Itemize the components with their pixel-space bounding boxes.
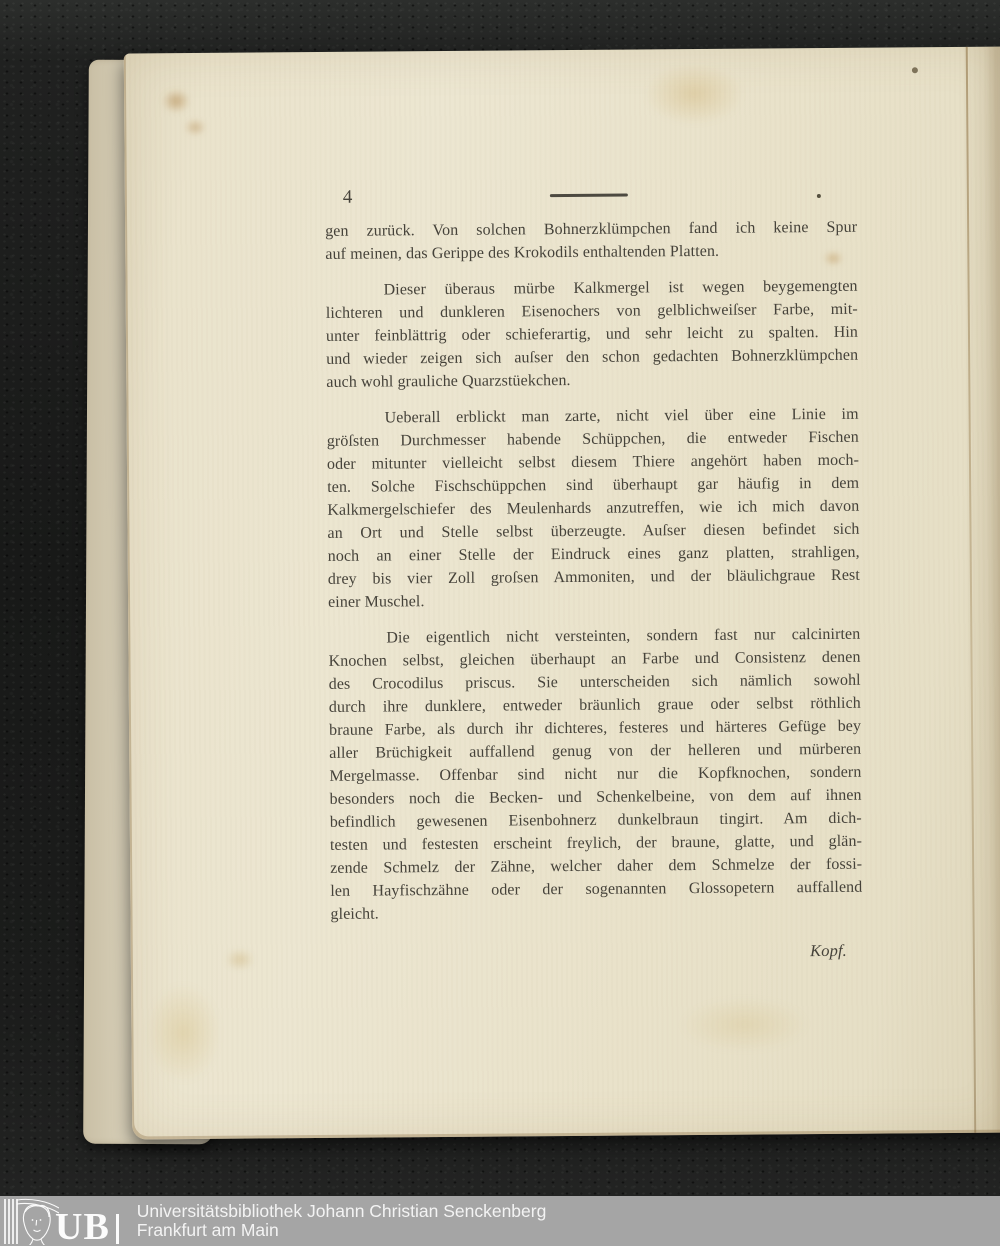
text-line: gen zurück. Von solchen Bohnerzklümpchen… <box>325 216 857 243</box>
text-line: braune Farbe, als durch ihr dichteres, f… <box>329 715 861 742</box>
text-line: befindlich gewesenen Eisenbohnerz dunkel… <box>330 807 862 834</box>
scanned-page: 4 gen zurück. Von solchen Bohnerzklümpch… <box>124 47 1000 1140</box>
text-line: Knochen selbst, gleichen überhaupt an Fa… <box>328 646 860 673</box>
foxing-stain <box>644 63 744 126</box>
paragraph: Die eigentlich nicht versteinten, sonder… <box>328 623 862 926</box>
foxing-stain <box>679 996 809 1053</box>
foxing-stain <box>145 983 222 1084</box>
institution-name: Universitätsbibliothek Johann Christian … <box>137 1202 547 1222</box>
ink-speck <box>817 194 821 198</box>
text-line: besonders noch die Becken- und Schenkelb… <box>330 784 862 811</box>
foxing-stain <box>225 948 255 970</box>
page-text-block: 4 gen zurück. Von solchen Bohnerzklümpch… <box>325 184 863 966</box>
text-line: ten. Solche Fischschüppchen sind überhau… <box>327 472 859 499</box>
text-line: Dieser überaus mürbe Kalkmergel ist wege… <box>326 275 858 302</box>
text-line: aller Brüchigkeit auffallend genug von d… <box>329 738 861 765</box>
goethe-portrait-icon <box>3 1197 59 1245</box>
scan-viewport: 4 gen zurück. Von solchen Bohnerzklümpch… <box>0 0 1000 1246</box>
gutter-crease <box>966 47 977 1133</box>
foxing-stain <box>184 119 206 136</box>
text-line: an Ort und Stelle selbst überzeugte. Auſ… <box>327 518 859 545</box>
foxing-stain <box>823 251 843 266</box>
footer-institution: Universitätsbibliothek Johann Christian … <box>137 1202 547 1241</box>
catchword: Kopf. <box>331 939 863 966</box>
page-number: 4 <box>343 186 353 209</box>
text-line: Kalkmergelschiefer des Meulenhards anzut… <box>327 495 859 522</box>
text-line: auf meinen, das Gerippe des Krokodils en… <box>325 239 857 266</box>
text-line: gröſsten Durchmesser habende Schüppchen,… <box>327 426 859 453</box>
text-line: oder mitunter vielleicht selbst diesem T… <box>327 449 859 476</box>
text-line: einer Muschel. <box>328 587 860 614</box>
text-line: und wieder zeigen sich auſser den schon … <box>326 344 858 371</box>
library-logo: UB <box>3 1197 119 1245</box>
paragraph: Dieser überaus mürbe Kalkmergel ist wege… <box>326 275 859 394</box>
section-rule <box>550 194 628 198</box>
text-line: des Crocodilus priscus. Sie unterscheide… <box>329 669 861 696</box>
text-line: Die eigentlich nicht versteinten, sonder… <box>328 623 860 650</box>
page-header: 4 <box>325 184 857 220</box>
logo-divider <box>116 1214 119 1244</box>
gutter-shadow <box>960 47 1000 1133</box>
text-line: durch ihre dunklere, entweder bräunlich … <box>329 692 861 719</box>
ink-dot <box>912 67 918 73</box>
paragraph: Ueberall erblickt man zarte, nicht viel … <box>327 403 861 614</box>
paragraph: gen zurück. Von solchen Bohnerzklümpchen… <box>325 216 857 266</box>
text-line: unter feinblättrig oder schieferartig, u… <box>326 321 858 348</box>
text-line: zende Schmelz der Zähne, welcher daher d… <box>330 853 862 880</box>
text-line: Mergelmasse. Offenbar sind nicht nur die… <box>329 761 861 788</box>
institution-city: Frankfurt am Main <box>137 1221 547 1241</box>
foxing-stain <box>162 89 190 113</box>
library-footer-bar: UB Universitätsbibliothek Johann Christi… <box>0 1196 1000 1246</box>
text-line: lichteren und dunkleren Eisenochers von … <box>326 298 858 325</box>
text-line: auch wohl grauliche Quarzstüekchen. <box>326 367 858 394</box>
text-line: testen und festesten erscheint freylich,… <box>330 830 862 857</box>
text-line: Ueberall erblickt man zarte, nicht viel … <box>327 403 859 430</box>
logo-ub-text: UB <box>55 1210 110 1245</box>
text-line: noch an einer Stelle der Eindruck eines … <box>328 541 860 568</box>
text-line: gleicht. <box>330 899 862 926</box>
text-line: drey bis vier Zoll groſsen Ammoniten, un… <box>328 564 860 591</box>
text-line: len Hayfischzähne oder der sogenannten G… <box>330 876 862 903</box>
